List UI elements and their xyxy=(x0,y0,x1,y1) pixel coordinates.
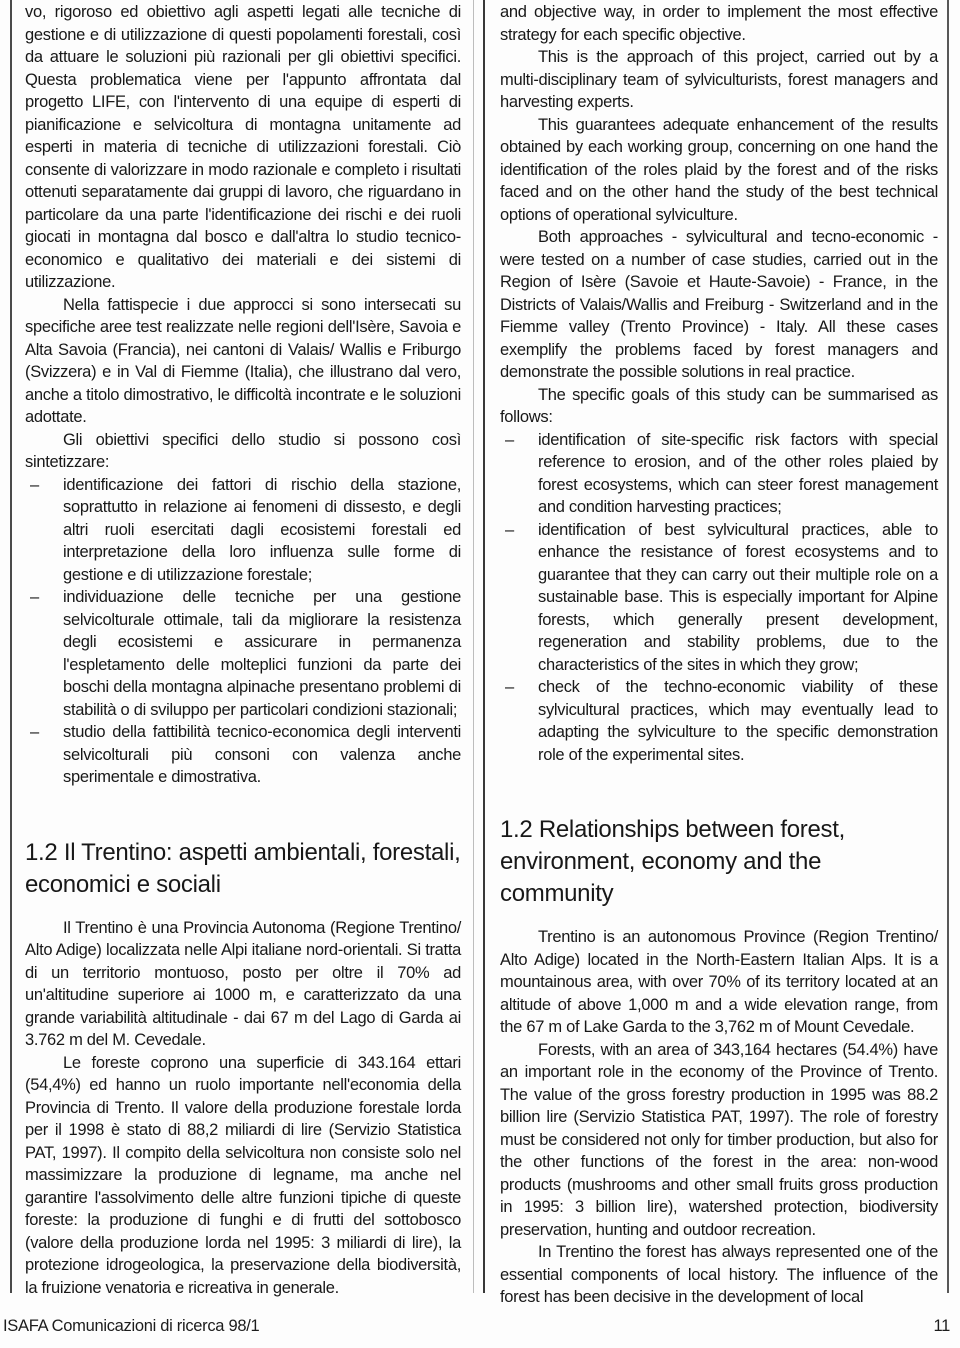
bullet-item: – identificazione dei fattori di rischio… xyxy=(25,474,461,587)
bullet-dash: – xyxy=(505,676,514,699)
bullet-text: studio della fattibilità tecnico-economi… xyxy=(63,721,461,789)
bullet-text: individuazione delle tecniche per una ge… xyxy=(63,586,461,721)
bullet-item: – individuazione delle tecniche per una … xyxy=(25,586,461,721)
bullet-text: identificazione dei fattori di rischio d… xyxy=(63,474,461,587)
paragraph: Il Trentino è una Provincia Autonoma (Re… xyxy=(25,917,461,1052)
paragraph: vo, rigoroso ed obiettivo agli aspetti l… xyxy=(25,1,461,294)
paragraph: and objective way, in order to implement… xyxy=(500,1,938,46)
section-heading-italian: 1.2 Il Trentino: aspetti ambientali, for… xyxy=(25,837,461,901)
bullet-dash: – xyxy=(505,429,514,452)
bullet-item: – identification of best sylvicultural p… xyxy=(500,519,938,677)
paragraph: Nella fattispecie i due approcci si sono… xyxy=(25,294,461,429)
bullet-dash: – xyxy=(30,586,39,609)
paragraph: In Trentino the forest has always repres… xyxy=(500,1241,938,1309)
paragraph: This guarantees adequate enhancement of … xyxy=(500,114,938,227)
bullet-item: – studio della fattibilità tecnico-econo… xyxy=(25,721,461,789)
left-column-italian: vo, rigoroso ed obiettivo agli aspetti l… xyxy=(10,0,474,1293)
paragraph: Both approaches - sylvicultural and tecn… xyxy=(500,226,938,384)
paragraph: Forests, with an area of 343,164 hectare… xyxy=(500,1039,938,1242)
right-column-english: and objective way, in order to implement… xyxy=(483,0,949,1293)
paragraph: This is the approach of this project, ca… xyxy=(500,46,938,114)
bullet-text: identification of best sylvicultural pra… xyxy=(538,519,938,677)
bullet-dash: – xyxy=(505,519,514,542)
paragraph: Le foreste coprono una superficie di 343… xyxy=(25,1052,461,1300)
paragraph: Trentino is an autonomous Province (Regi… xyxy=(500,926,938,1039)
bullet-text: identification of site-specific risk fac… xyxy=(538,429,938,519)
page-footer: ISAFA Comunicazioni di ricerca 98/1 11 xyxy=(3,1317,950,1336)
bullet-item: – check of the techno-economic viability… xyxy=(500,676,938,766)
bullet-dash: – xyxy=(30,474,39,497)
scanned-report-page: vo, rigoroso ed obiettivo agli aspetti l… xyxy=(0,0,960,1348)
bullet-item: – identification of site-specific risk f… xyxy=(500,429,938,519)
section-heading-english: 1.2 Relationships between forest, enviro… xyxy=(500,814,938,910)
bullet-dash: – xyxy=(30,721,39,744)
paragraph: The specific goals of this study can be … xyxy=(500,384,938,429)
footer-journal-label: ISAFA Comunicazioni di ricerca 98/1 xyxy=(3,1317,259,1336)
bullet-text: check of the techno-economic viability o… xyxy=(538,676,938,766)
paragraph: Gli obiettivi specifici dello studio si … xyxy=(25,429,461,474)
footer-page-number: 11 xyxy=(933,1317,950,1336)
